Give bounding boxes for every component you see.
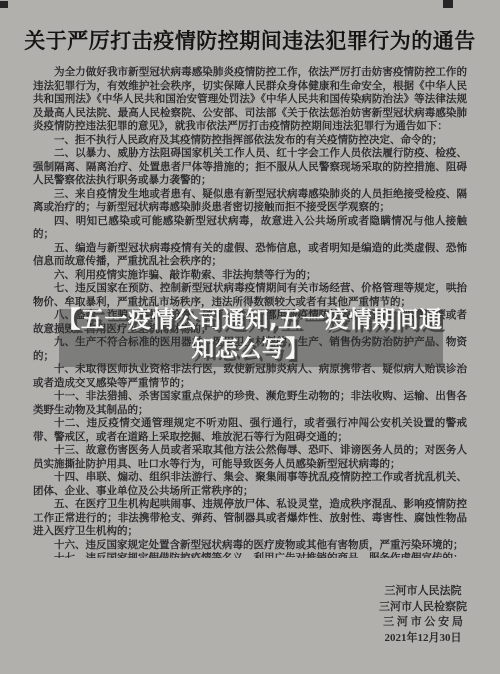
item-3: 三、来自疫情发生地或者患有、疑似患有新型冠状病毒感染肺炎的人员拒绝接受检疫、隔离… (33, 188, 467, 215)
item-12: 十二、违反疫情交通管理规定不听劝阻、强行通行，或者强行冲闯公安机关设置的警戒带、… (33, 417, 467, 444)
item-14: 十四、串联、煽动、组织非法游行、集会、聚集闹事等扰乱疫情防控工作或者扰乱机关、团… (33, 471, 467, 498)
issue-date: 2021年12月30日 (379, 631, 467, 647)
item-10: 十、未取得医师执业资格非法行医，致使新冠肺炎病人、病原携带者、疑似病人贻误诊治或… (33, 363, 467, 390)
item-6: 六、利用疫情实施诈骗、敲诈勒索、非法拘禁等行为的； (33, 269, 467, 283)
item-11: 十一、非法猎捕、杀害国家重点保护的珍贵、濒危野生动物的；非法收购、运输、出售各类… (33, 390, 467, 417)
issuer-court: 三河市人民法院 (379, 584, 467, 600)
scan-artifact-top-left (0, 1, 8, 8)
intro-paragraph: 为全力做好我市新型冠状病毒感染肺炎疫情防控工作，依法严厉打击妨害疫情防控工作的违… (33, 66, 467, 134)
issuer-procuratorate: 三河市人民检察院 (379, 600, 467, 616)
item-5: 五、编造与新型冠状病毒疫情有关的虚假、恐怖信息，或者明知是编造的此类虚假、恐怖信… (33, 242, 467, 269)
item-17: 十七、违反国家规定假借防控疫情等名义，利用广告对推销的商品、服务作虚假宣传的； (33, 552, 467, 558)
issuer-public-security-bureau: 三 河 市 公 安 局 (379, 615, 467, 631)
scanned-notice-page: 关于严厉打击疫情防控期间违法犯罪行为的通告 为全力做好我市新型冠状病毒感染肺炎疫… (0, 0, 500, 674)
item-1: 一、拒不执行人民政府及其疫情防控指挥部依法发布的有关疫情防控决定、命令的； (33, 134, 467, 148)
scan-artifact-top-right (443, 0, 453, 8)
watermark-caption: 【五一疫情公司通知,五一疫情期间通 知怎么写】 (40, 306, 460, 364)
item-15: 五、在医疗卫生机构起哄闹事、违规停放尸体、私设灵堂，造成秩序混乱、影响疫情防控工… (33, 498, 467, 539)
item-16: 十六、违反国家规定处置含新型冠状病毒的医疗废物或其他有害物质，严重污染环境的； (33, 539, 467, 553)
watermark-caption-line-2: 知怎么写】 (40, 335, 460, 364)
item-4: 四、明知已感染或可能感染新型冠状病毒，故意进入公共场所或者隐瞒情况与他人接触的； (33, 215, 467, 242)
item-2: 二、以暴力、威胁方法阻碍国家机关工作人员、红十字会工作人员依法履行防疫、检疫、强… (33, 147, 467, 188)
watermark-caption-line-1: 【五一疫情公司通知,五一疫情期间通 (40, 306, 460, 335)
signature-block: 三河市人民法院 三河市人民检察院 三 河 市 公 安 局 2021年12月30日 (379, 584, 467, 646)
document-title: 关于严厉打击疫情防控期间违法犯罪行为的通告 (0, 0, 500, 55)
item-13: 十三、故意伤害医务人员或者采取其他方法公然侮辱、恐吓、诽谤医务人员的；对医务人员… (33, 444, 467, 471)
item-7: 七、违反国家在预防、控制新型冠状病毒疫情期间有关市场经营、价格管理等规定，哄抬物… (33, 282, 467, 309)
